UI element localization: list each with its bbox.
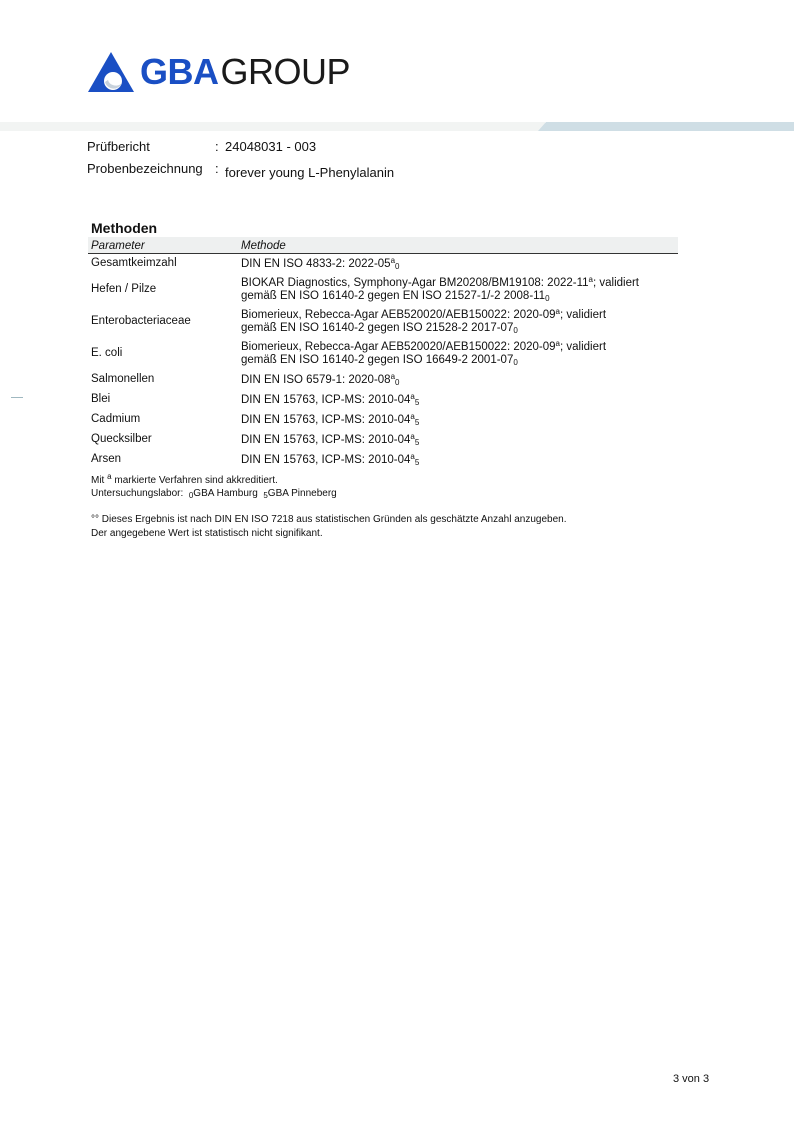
method-line: DIN EN ISO 4833-2: 2022-05a0 — [241, 254, 675, 273]
method-cell: BIOKAR Diagnostics, Symphony-Agar BM2020… — [238, 273, 678, 305]
separator: : — [215, 160, 225, 182]
report-number-row: Prüfbericht : 24048031 - 003 — [87, 138, 394, 160]
page-number: 3 von 3 — [673, 1073, 709, 1085]
method-line: Biomerieux, Rebecca-Agar AEB520020/AEB15… — [241, 305, 675, 322]
lab-code: 0 — [545, 294, 549, 303]
method-line: DIN EN 15763, ICP-MS: 2010-04a5 — [241, 430, 675, 449]
method-line: DIN EN ISO 6579-1: 2020-08a0 — [241, 370, 675, 389]
sample-name-row: Probenbezeichnung : forever young L-Phen… — [87, 160, 394, 182]
method-line: BIOKAR Diagnostics, Symphony-Agar BM2020… — [241, 273, 675, 290]
report-number-label: Prüfbericht — [87, 138, 215, 160]
method-cell: DIN EN ISO 4833-2: 2022-05a0 — [238, 254, 678, 274]
methods-table: Parameter Methode GesamtkeimzahlDIN EN I… — [88, 237, 678, 469]
lab-name: GBA Hamburg — [193, 488, 257, 499]
parameter-cell: Cadmium — [88, 409, 238, 429]
parameter-cell: Gesamtkeimzahl — [88, 254, 238, 274]
header-band — [0, 122, 794, 131]
sample-name-value: forever young L-Phenylalanin — [225, 160, 394, 182]
parameter-cell: Hefen / Pilze — [88, 273, 238, 305]
methods-table-body: GesamtkeimzahlDIN EN ISO 4833-2: 2022-05… — [88, 254, 678, 470]
table-row: GesamtkeimzahlDIN EN ISO 4833-2: 2022-05… — [88, 254, 678, 274]
method-cell: DIN EN 15763, ICP-MS: 2010-04a5 — [238, 409, 678, 429]
column-header-parameter: Parameter — [88, 237, 238, 254]
table-row: SalmonellenDIN EN ISO 6579-1: 2020-08a0 — [88, 369, 678, 389]
footnote-line: Der angegebene Wert ist statistisch nich… — [91, 527, 566, 541]
method-cell: Biomerieux, Rebecca-Agar AEB520020/AEB15… — [238, 305, 678, 337]
parameter-cell: Salmonellen — [88, 369, 238, 389]
method-line: DIN EN 15763, ICP-MS: 2010-04a5 — [241, 450, 675, 469]
accreditation-notes: Mit a markierte Verfahren sind akkrediti… — [91, 470, 337, 502]
lab-code: 5 — [415, 438, 419, 447]
lab-note: Untersuchungslabor: 0GBA Hamburg 5GBA Pi… — [91, 487, 337, 502]
parameter-cell: Enterobacteriaceae — [88, 305, 238, 337]
accreditation-note: Mit a markierte Verfahren sind akkrediti… — [91, 470, 337, 487]
logo-wordmark: GBAGROUP — [140, 52, 350, 92]
method-cell: Biomerieux, Rebecca-Agar AEB520020/AEB15… — [238, 337, 678, 369]
table-row: E. coliBiomerieux, Rebecca-Agar AEB52002… — [88, 337, 678, 369]
table-row: ArsenDIN EN 15763, ICP-MS: 2010-04a5 — [88, 449, 678, 469]
method-cell: DIN EN ISO 6579-1: 2020-08a0 — [238, 369, 678, 389]
report-number-value: 24048031 - 003 — [225, 138, 316, 160]
lab-code: 0 — [395, 262, 399, 271]
table-row: EnterobacteriaceaeBiomerieux, Rebecca-Ag… — [88, 305, 678, 337]
method-line: gemäß EN ISO 16140-2 gegen ISO 16649-2 2… — [241, 354, 675, 369]
lab-code: 0 — [395, 378, 399, 387]
lab-code: 5 — [415, 418, 419, 427]
methods-title: Methoden — [91, 220, 157, 236]
method-cell: DIN EN 15763, ICP-MS: 2010-04a5 — [238, 389, 678, 409]
table-row: Hefen / PilzeBIOKAR Diagnostics, Symphon… — [88, 273, 678, 305]
table-row: CadmiumDIN EN 15763, ICP-MS: 2010-04a5 — [88, 409, 678, 429]
parameter-cell: Quecksilber — [88, 429, 238, 449]
sample-name-label: Probenbezeichnung — [87, 160, 215, 182]
method-line: Biomerieux, Rebecca-Agar AEB520020/AEB15… — [241, 337, 675, 354]
triangle-logo-icon — [88, 52, 134, 92]
logo-gba-text: GBA — [140, 51, 219, 92]
method-cell: DIN EN 15763, ICP-MS: 2010-04a5 — [238, 449, 678, 469]
separator: : — [215, 138, 225, 160]
method-line: gemäß EN ISO 16140-2 gegen ISO 21528-2 2… — [241, 322, 675, 337]
gba-group-logo: GBAGROUP — [88, 52, 350, 92]
table-row: BleiDIN EN 15763, ICP-MS: 2010-04a5 — [88, 389, 678, 409]
report-meta: Prüfbericht : 24048031 - 003 Probenbezei… — [87, 138, 394, 182]
lab-name: GBA Pinneberg — [268, 488, 337, 499]
method-line: gemäß EN ISO 16140-2 gegen EN ISO 21527-… — [241, 290, 675, 305]
lab-code: 5 — [415, 398, 419, 407]
fold-mark — [11, 397, 23, 398]
lab-code: 0 — [513, 326, 517, 335]
header-band-left — [0, 122, 545, 131]
lab-code: 0 — [513, 358, 517, 367]
method-cell: DIN EN 15763, ICP-MS: 2010-04a5 — [238, 429, 678, 449]
method-line: DIN EN 15763, ICP-MS: 2010-04a5 — [241, 390, 675, 409]
method-line: DIN EN 15763, ICP-MS: 2010-04a5 — [241, 410, 675, 429]
lab-code: 5 — [415, 458, 419, 467]
methods-header-row: Parameter Methode — [88, 237, 678, 254]
parameter-cell: Blei — [88, 389, 238, 409]
footnote-line: °° Dieses Ergebnis ist nach DIN EN ISO 7… — [91, 513, 566, 527]
header-band-right — [538, 122, 794, 131]
accredited-marker: a — [107, 472, 111, 481]
column-header-method: Methode — [238, 237, 678, 254]
logo-group-text: GROUP — [221, 51, 351, 92]
table-row: QuecksilberDIN EN 15763, ICP-MS: 2010-04… — [88, 429, 678, 449]
parameter-cell: Arsen — [88, 449, 238, 469]
statistics-footnote: °° Dieses Ergebnis ist nach DIN EN ISO 7… — [91, 513, 566, 541]
parameter-cell: E. coli — [88, 337, 238, 369]
